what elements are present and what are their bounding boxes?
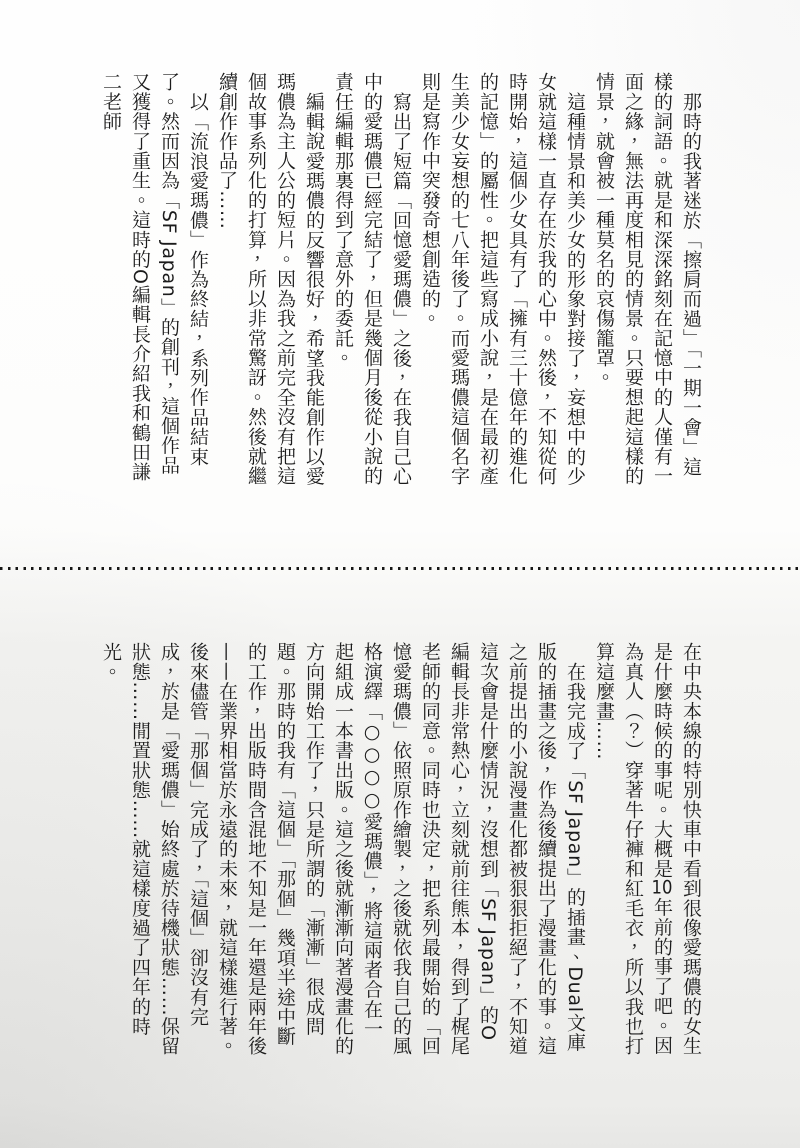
afterword-text-top: 那時的我著迷於「擦肩而過」「一期一會」這樣的詞語。就是和深深銘刻在記憶中的人僅有… — [96, 72, 705, 488]
scanned-book-page: 那時的我著迷於「擦肩而過」「一期一會」這樣的詞語。就是和深深銘刻在記憶中的人僅有… — [0, 0, 800, 1148]
paragraph: 在我完成了「SF Japan」的插畫、Dual文庫版的插畫之後，作為後續提出了漫… — [96, 642, 589, 1058]
tatechuyoko-number: 10 — [651, 878, 673, 897]
latin-text: SF Japan — [158, 210, 180, 298]
latin-text: Dual — [564, 966, 586, 1012]
latin-text: SF Japan — [564, 780, 586, 868]
paragraph: 這種情景和美少女的形象對接了，妄想中的少女就這樣一直存在於我的心中。然後，不知從… — [415, 72, 589, 488]
dotted-divider — [0, 567, 800, 570]
afterword-text-bottom: 在中央本線的特別快車中看到很像愛瑪儂的女生是什麼時候的事呢。大概是10年前的事了… — [96, 642, 705, 1058]
paragraph: 編輯說愛瑪儂的反響很好，希望我能創作以愛瑪儂為主人公的短片。因為我之前完全沒有把… — [212, 72, 328, 488]
paragraph: 那時的我著迷於「擦肩而過」「一期一會」這樣的詞語。就是和深深銘刻在記憶中的人僅有… — [589, 72, 705, 488]
latin-text: SF Japan — [477, 898, 499, 986]
paragraph: 以「流浪愛瑪儂」作為終結，系列作品結束了。然而因為「SF Japan」的創刊，這… — [96, 72, 212, 488]
paragraph: 寫出了短篇「回憶愛瑪儂」之後，在我自己心中的愛瑪儂已經完結了，但是幾個月後從小說… — [328, 72, 415, 488]
latin-text: O — [129, 269, 151, 285]
latin-text: O — [477, 1025, 499, 1041]
paragraph: 在中央本線的特別快車中看到很像愛瑪儂的女生是什麼時候的事呢。大概是10年前的事了… — [589, 642, 705, 1058]
